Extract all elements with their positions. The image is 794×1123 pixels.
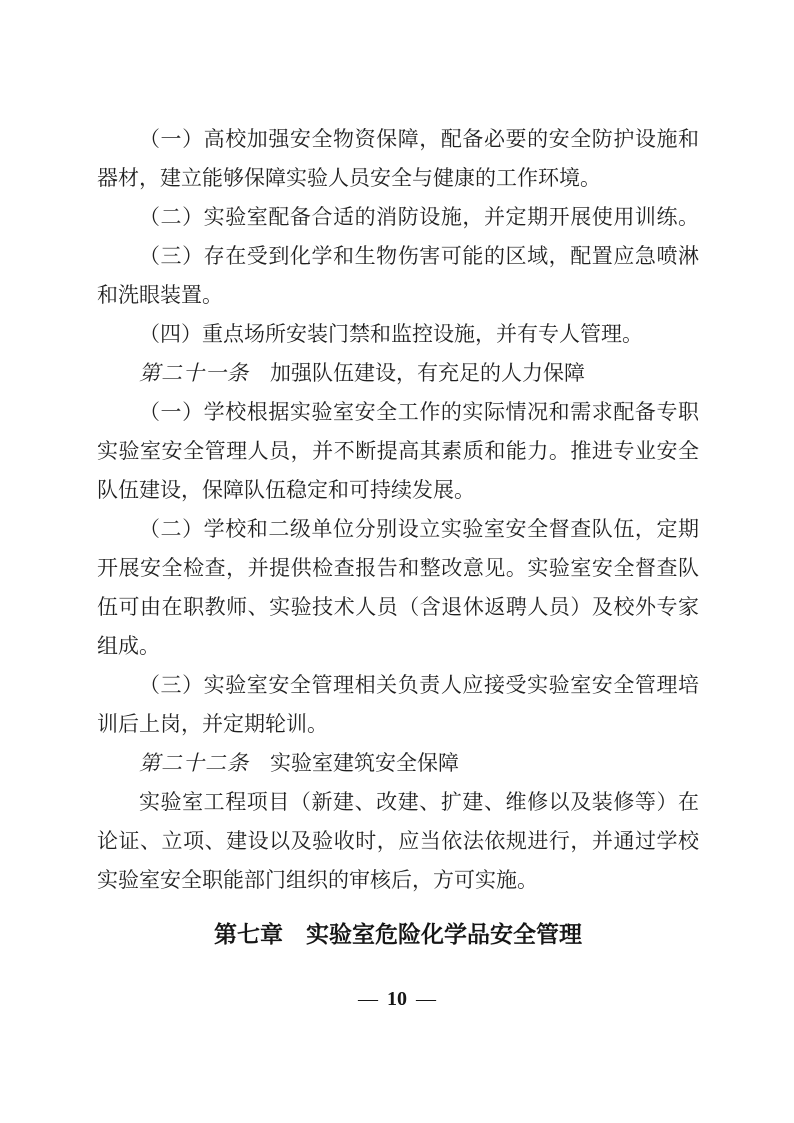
page-number: 10 <box>387 988 407 1010</box>
text-line: 开展安全检查，并提供检查报告和整改意见。实验室安全督查队 <box>97 549 699 588</box>
text-line: 和洗眼装置。 <box>97 276 699 315</box>
text-line: （二）学校和二级单位分别设立实验室安全督查队伍，定期 <box>97 510 699 549</box>
text-line: （一）学校根据实验室安全工作的实际情况和需求配备专职 <box>97 393 699 432</box>
text-line: （四）重点场所安装门禁和监控设施，并有专人管理。 <box>97 315 699 354</box>
chapter-number: 第七章 <box>214 921 283 947</box>
document-page: （一）高校加强安全物资保障，配备必要的安全防护设施和器材，建立能够保障实验人员安… <box>0 0 794 1123</box>
chapter-title: 实验室危险化学品安全管理 <box>306 921 582 947</box>
clause-heading-line: 第二十一条加强队伍建设，有充足的人力保障 <box>97 354 699 393</box>
page-footer: —10— <box>0 987 794 1011</box>
text-line: 队伍建设，保障队伍稳定和可持续发展。 <box>97 471 699 510</box>
text-line: 伍可由在职教师、实验技术人员（含退休返聘人员）及校外专家 <box>97 588 699 627</box>
text-line: 训后上岗，并定期轮训。 <box>97 705 699 744</box>
text-line: 实验室安全管理人员，并不断提高其素质和能力。推进专业安全 <box>97 432 699 471</box>
footer-dash-left: — <box>358 988 378 1010</box>
clause-number: 第二十二条 <box>139 751 249 775</box>
text-line: 器材，建立能够保障实验人员安全与健康的工作环境。 <box>97 159 699 198</box>
clause-title: 加强队伍建设，有充足的人力保障 <box>270 361 585 385</box>
footer-dash-right: — <box>416 988 436 1010</box>
chapter-heading: 第七章实验室危险化学品安全管理 <box>97 916 699 952</box>
clause-heading-line: 第二十二条实验室建筑安全保障 <box>97 744 699 783</box>
text-line: 实验室工程项目（新建、改建、扩建、维修以及装修等）在 <box>97 783 699 822</box>
text-line: 实验室安全职能部门组织的审核后，方可实施。 <box>97 861 699 900</box>
text-line: （三）实验室安全管理相关负责人应接受实验室安全管理培 <box>97 666 699 705</box>
clause-title: 实验室建筑安全保障 <box>270 751 459 775</box>
text-line: 论证、立项、建设以及验收时，应当依法依规进行，并通过学校 <box>97 822 699 861</box>
text-line: （二）实验室配备合适的消防设施，并定期开展使用训练。 <box>97 198 699 237</box>
document-body: （一）高校加强安全物资保障，配备必要的安全防护设施和器材，建立能够保障实验人员安… <box>97 120 699 900</box>
text-line: 组成。 <box>97 627 699 666</box>
clause-number: 第二十一条 <box>139 361 249 385</box>
text-line: （三）存在受到化学和生物伤害可能的区域，配置应急喷淋 <box>97 237 699 276</box>
text-line: （一）高校加强安全物资保障，配备必要的安全防护设施和 <box>97 120 699 159</box>
